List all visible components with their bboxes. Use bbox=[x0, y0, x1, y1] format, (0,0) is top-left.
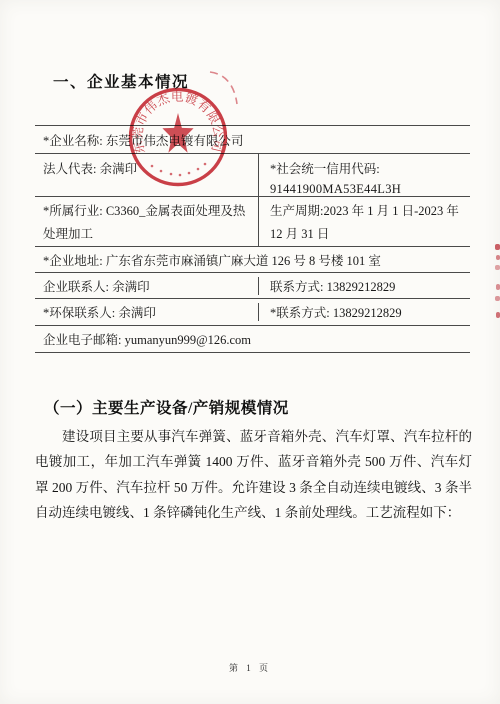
table-row-email: 企业电子邮箱: yumanyun999@126.com bbox=[35, 325, 470, 352]
industry-cell: *所属行业: C3360_金属表面处理及热处理加工 bbox=[35, 197, 258, 246]
credit-code-cell: *社会统一信用代码: 91441900MA53E44L3H bbox=[258, 154, 470, 196]
table-row-contact: 企业联系人: 余满印 联系方式: 13829212829 bbox=[35, 272, 470, 298]
ink-fragment bbox=[495, 244, 500, 250]
table-row-legal-rep-credit-code: 法人代表: 余满印 *社会统一信用代码: 91441900MA53E44L3H bbox=[35, 153, 470, 196]
ink-fragment bbox=[496, 312, 500, 318]
table-row-address: *企业地址: 广东省东莞市麻涌镇广麻大道 126 号 8 号楼 101 室 bbox=[35, 246, 470, 272]
ghost-seal-arc-icon bbox=[205, 64, 245, 109]
credit-code-label: *社会统一信用代码: bbox=[270, 159, 466, 179]
legal-rep-cell: 法人代表: 余满印 bbox=[35, 154, 258, 196]
body-paragraph: 建设项目主要从事汽车弹簧、蓝牙音箱外壳、汽车灯罩、汽车拉杆的电镀加工，年加工汽车… bbox=[35, 424, 472, 525]
table-row-env-contact: *环保联系人: 余满印 *联系方式: 13829212829 bbox=[35, 298, 470, 325]
email-cell: 企业电子邮箱: yumanyun999@126.com bbox=[35, 330, 470, 348]
table-row-company-name: *企业名称: 东莞市伟杰电镀有限公司 bbox=[35, 125, 470, 153]
credit-code-value: 91441900MA53E44L3H bbox=[270, 179, 466, 199]
page-number: 第 1 页 bbox=[0, 661, 500, 674]
env-contact-phone-cell: *联系方式: 13829212829 bbox=[258, 303, 470, 321]
ink-fragment bbox=[496, 255, 500, 260]
company-name-cell: *企业名称: 东莞市伟杰电镀有限公司 bbox=[35, 131, 470, 149]
contact-phone-cell: 联系方式: 13829212829 bbox=[258, 277, 470, 295]
production-period-cell: 生产周期:2023 年 1 月 1 日-2023 年 12 月 31 日 bbox=[258, 197, 470, 246]
contact-person-cell: 企业联系人: 余满印 bbox=[35, 277, 258, 295]
scanned-document-page: 一、企业基本情况 *企业名称: 东莞市伟杰电镀有限公司 法人代表: 余满印 *社… bbox=[0, 0, 500, 704]
document-title: 一、企业基本情况 bbox=[53, 70, 189, 92]
ink-fragment bbox=[495, 296, 500, 301]
table-row-industry-period: *所属行业: C3360_金属表面处理及热处理加工 生产周期:2023 年 1 … bbox=[35, 196, 470, 246]
ink-fragment bbox=[495, 265, 500, 270]
section-heading: （一）主要生产设备/产销规模情况 bbox=[44, 396, 289, 418]
ink-fragment bbox=[496, 284, 500, 290]
env-contact-person-cell: *环保联系人: 余满印 bbox=[35, 303, 258, 321]
company-info-table: *企业名称: 东莞市伟杰电镀有限公司 法人代表: 余满印 *社会统一信用代码: … bbox=[35, 125, 470, 353]
address-cell: *企业地址: 广东省东莞市麻涌镇广麻大道 126 号 8 号楼 101 室 bbox=[35, 251, 470, 269]
